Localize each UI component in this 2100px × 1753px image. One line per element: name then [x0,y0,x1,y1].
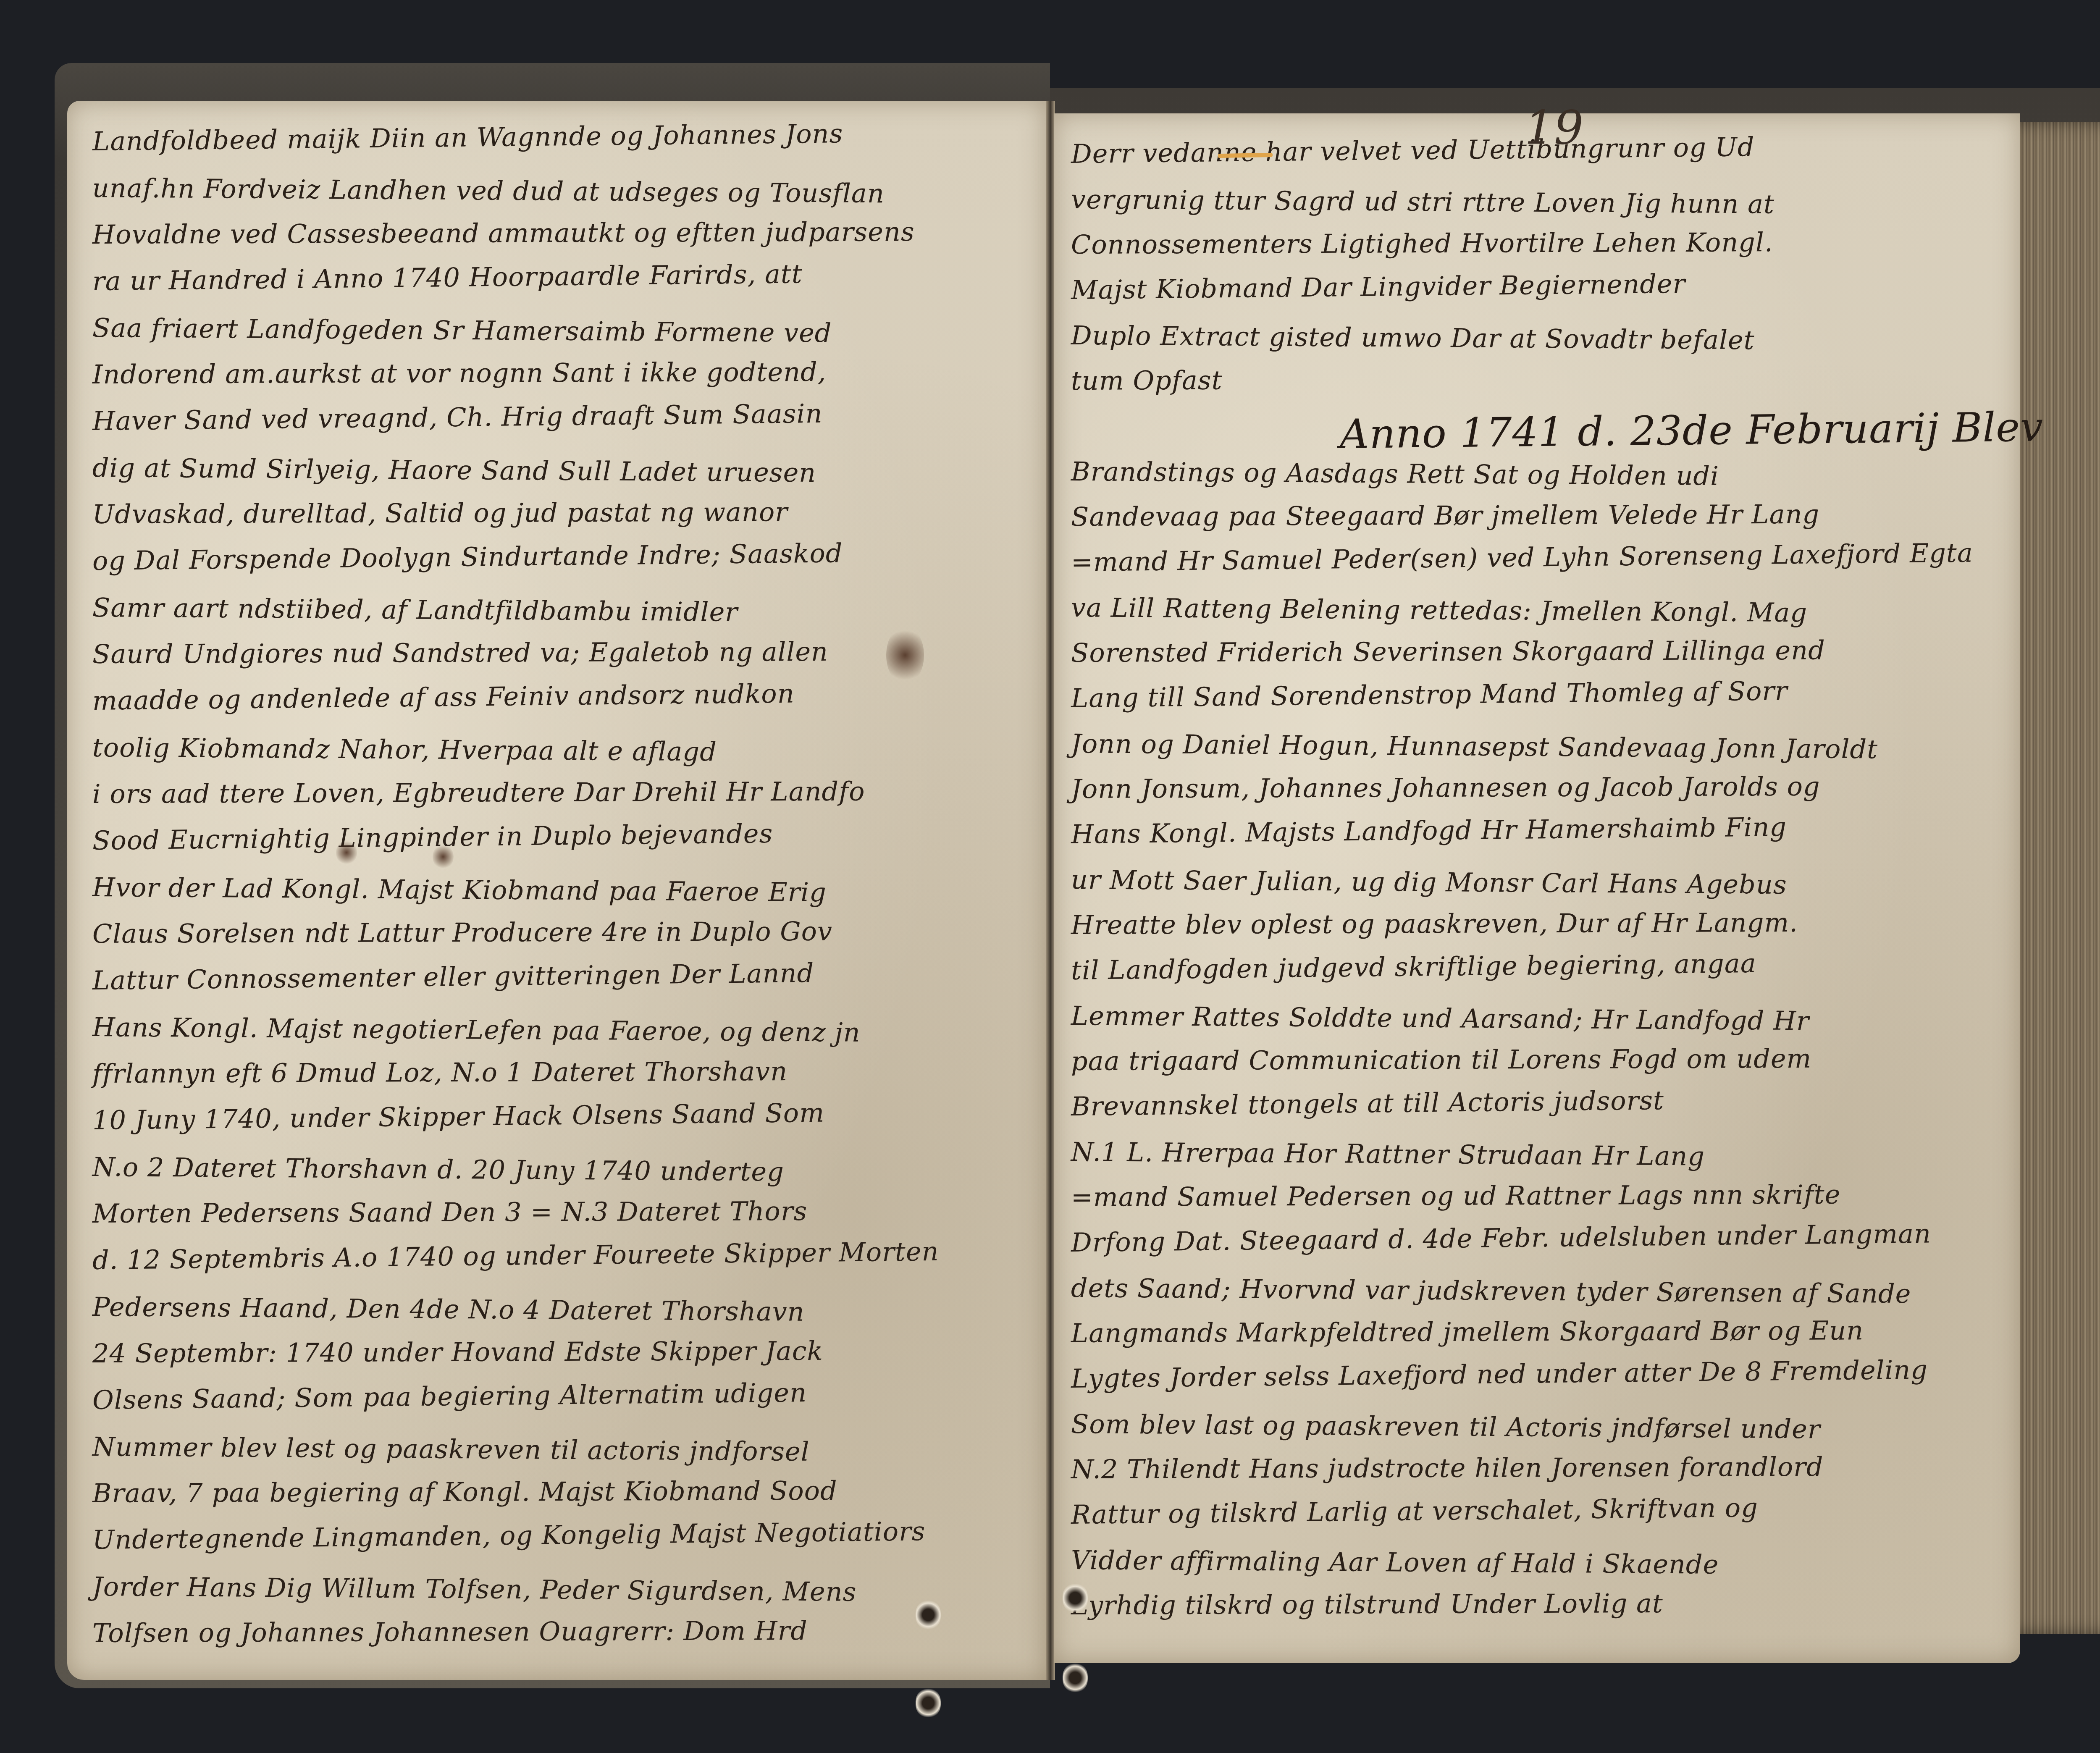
manuscript-line: til Landfogden judgevd skriftlige begier… [1071,948,1756,986]
manuscript-line: Anno 1741 d. 23de Februarij Blev [1339,403,2043,458]
manuscript-line: Duplo Extract gisted umwo Dar at Sovadtr… [1071,320,1755,355]
manuscript-line: Landfoldbeed maijk Diin an Wagnnde og Jo… [92,118,843,157]
manuscript-line: Derr vedanne har velvet ved Uettibungrun… [1071,131,1755,169]
manuscript-line: paa trigaard Communication til Lorens Fo… [1071,1043,1812,1076]
manuscript-line: N.2 Thilendt Hans judstrocte hilen Joren… [1071,1451,1824,1485]
manuscript-line: Hvor der Lad Kongl. Majst Kiobmand paa F… [92,872,827,908]
manuscript-line: =mand Hr Samuel Peder(sen) ved Lyhn Sore… [1071,538,1973,577]
page-fore-edge [2020,122,2100,1634]
manuscript-line: 10 Juny 1740, under Skipper Hack Olsens … [92,1097,825,1136]
manuscript-line: Claus Sorelsen ndt Lattur Producere 4re … [92,916,832,949]
right-page: Derr vedanne har velvet ved Uettibungrun… [1054,113,2020,1663]
paper-hole [1063,1583,1088,1613]
manuscript-line: Som blev last og paaskreven til Actoris … [1071,1409,1821,1444]
ink-stain [433,844,454,869]
manuscript-line: Nummer blev lest og paaskreven til actor… [92,1431,810,1467]
manuscript-line: Hreatte blev oplest og paaskreven, Dur a… [1071,907,1798,940]
manuscript-line: Lygtes Jorder selss Laxefjord ned under … [1071,1354,1928,1394]
manuscript-line: va Lill Ratteng Belening rettedas: Jmell… [1071,592,1808,628]
manuscript-line: Morten Pedersens Saand Den 3 = N.3 Dater… [92,1196,808,1229]
manuscript-line: maadde og andenlede af ass Feiniv andsor… [92,678,795,716]
manuscript-line: vergrunig ttur Sagrd ud stri rttre Loven… [1071,184,1775,220]
manuscript-line: Haver Sand ved vreagnd, Ch. Hrig draaft … [92,398,823,436]
manuscript-line: Brandstings og Aasdags Rett Sat og Holde… [1071,456,1719,491]
manuscript-line: dets Saand; Hvorvnd var judskreven tyder… [1071,1273,1911,1309]
manuscript-line: Jorder Hans Dig Willum Tolfsen, Peder Si… [92,1571,857,1607]
manuscript-line: Jonn og Daniel Hogun, Hunnasepst Sandeva… [1071,728,1878,764]
manuscript-line: Drfong Dat. Steegaard d. 4de Febr. udels… [1071,1218,1932,1258]
manuscript-line: 24 Septembr: 1740 under Hovand Edste Ski… [92,1336,823,1369]
manuscript-line: Lang till Sand Sorendenstrop Mand Thomle… [1071,675,1788,714]
manuscript-line: Lemmer Rattes Solddte und Aarsand; Hr La… [1071,1000,1809,1036]
manuscript-line: tum Opfast [1071,365,1223,396]
manuscript-line: Hovaldne ved Cassesbeeand ammautkt og ef… [92,216,915,250]
book-gutter [1046,101,1055,1680]
manuscript-line: =mand Samuel Pedersen og ud Rattner Lags… [1071,1179,1841,1212]
paper-hole [916,1688,941,1718]
ink-stain [886,626,924,685]
manuscript-line: unaf.hn Fordveiz Landhen ved dud at udse… [92,173,885,209]
right-page-text: Derr vedanne har velvet ved Uettibungrun… [1054,113,2020,1663]
manuscript-line: Jonn Jonsum, Johannes Johannesen og Jaco… [1071,771,1820,804]
manuscript-line: N.1 L. Hrerpaa Hor Rattner Strudaan Hr L… [1071,1136,1705,1172]
folio-number: 19 [1525,101,1583,155]
manuscript-line: Sood Eucrnightig Lingpinder in Duplo bej… [92,818,773,856]
manuscript-line: Connossementers Ligtighed Hvortilre Lehe… [1071,227,1773,260]
manuscript-line: Hans Kongl. Majsts Landfogd Hr Hamershai… [1071,811,1787,850]
manuscript-line: Undertegnende Lingmanden, og Kongelig Ma… [92,1516,926,1555]
manuscript-line: Rattur og tilskrd Larlig at verschalet, … [1071,1492,1759,1530]
manuscript-line: og Dal Forspende Doolygn Sindurtande Ind… [92,538,843,576]
manuscript-line: Udvaskad, durelltad, Saltid og jud pasta… [92,496,788,530]
manuscript-line: Indorend am.aurkst at vor nognn Sant i i… [92,357,827,390]
ink-stain [336,840,357,865]
left-page-text: Landfoldbeed maijk Diin an Wagnnde og Jo… [67,101,1046,1680]
manuscript-line: Hans Kongl. Majst negotierLefen paa Faer… [92,1012,861,1048]
manuscript-line: ur Mott Saer Julian, ug dig Monsr Carl H… [1071,864,1787,900]
left-page: Landfoldbeed maijk Diin an Wagnnde og Jo… [67,101,1046,1680]
manuscript-line: Saurd Undgiores nud Sandstred va; Egalet… [92,636,828,669]
manuscript-line: Olsens Saand; Som paa begiering Alternat… [92,1377,807,1415]
manuscript-line: dig at Sumd Sirlyeig, Haore Sand Sull La… [92,452,816,488]
manuscript-line: Pedersens Haand, Den 4de N.o 4 Dateret T… [92,1291,805,1327]
manuscript-line: Lyrhdig tilskrd og tilstrund Under Lovli… [1071,1588,1663,1621]
manuscript-line: Sandevaag paa Steegaard Bør jmellem Vele… [1071,499,1819,532]
paper-hole [1063,1663,1088,1693]
manuscript-line: Brevannskel ttongels at till Actoris jud… [1071,1085,1664,1122]
manuscript-line: Vidder affirmaling Aar Loven af Hald i S… [1071,1545,1719,1580]
open-ledger-book: Landfoldbeed maijk Diin an Wagnnde og Jo… [55,63,2100,1701]
manuscript-line: Langmands Markpfeldtred jmellem Skorgaar… [1071,1315,1864,1349]
manuscript-line: ra ur Handred i Anno 1740 Hoorpaardle Fa… [92,258,803,297]
manuscript-line: toolig Kiobmandz Nahor, Hverpaa alt e af… [92,732,717,767]
manuscript-line: Saa friaert Landfogeden Sr Hamersaimb Fo… [92,312,832,348]
manuscript-line: N.o 2 Dateret Thorshavn d. 20 Juny 1740 … [92,1152,784,1187]
manuscript-line: ffrlannyn eft 6 Dmud Loz, N.o 1 Dateret … [92,1056,787,1089]
manuscript-line: Tolfsen og Johannes Johannesen Ouagrerr:… [92,1615,808,1648]
manuscript-line: Samr aart ndstiibed, af Landtfildbambu i… [92,592,738,627]
manuscript-line: Majst Kiobmand Dar Lingvider Begiernende… [1071,268,1686,305]
manuscript-line: Lattur Connossementer eller gvitteringen… [92,958,814,996]
manuscript-line: Sorensted Friderich Severinsen Skorgaard… [1071,635,1825,668]
manuscript-line: d. 12 Septembris A.o 1740 og under Foure… [92,1236,939,1275]
manuscript-line: i ors aad ttere Loven, Egbreudtere Dar D… [92,776,865,809]
manuscript-line: Braav, 7 paa begiering af Kongl. Majst K… [92,1475,837,1509]
paper-hole [916,1600,941,1630]
